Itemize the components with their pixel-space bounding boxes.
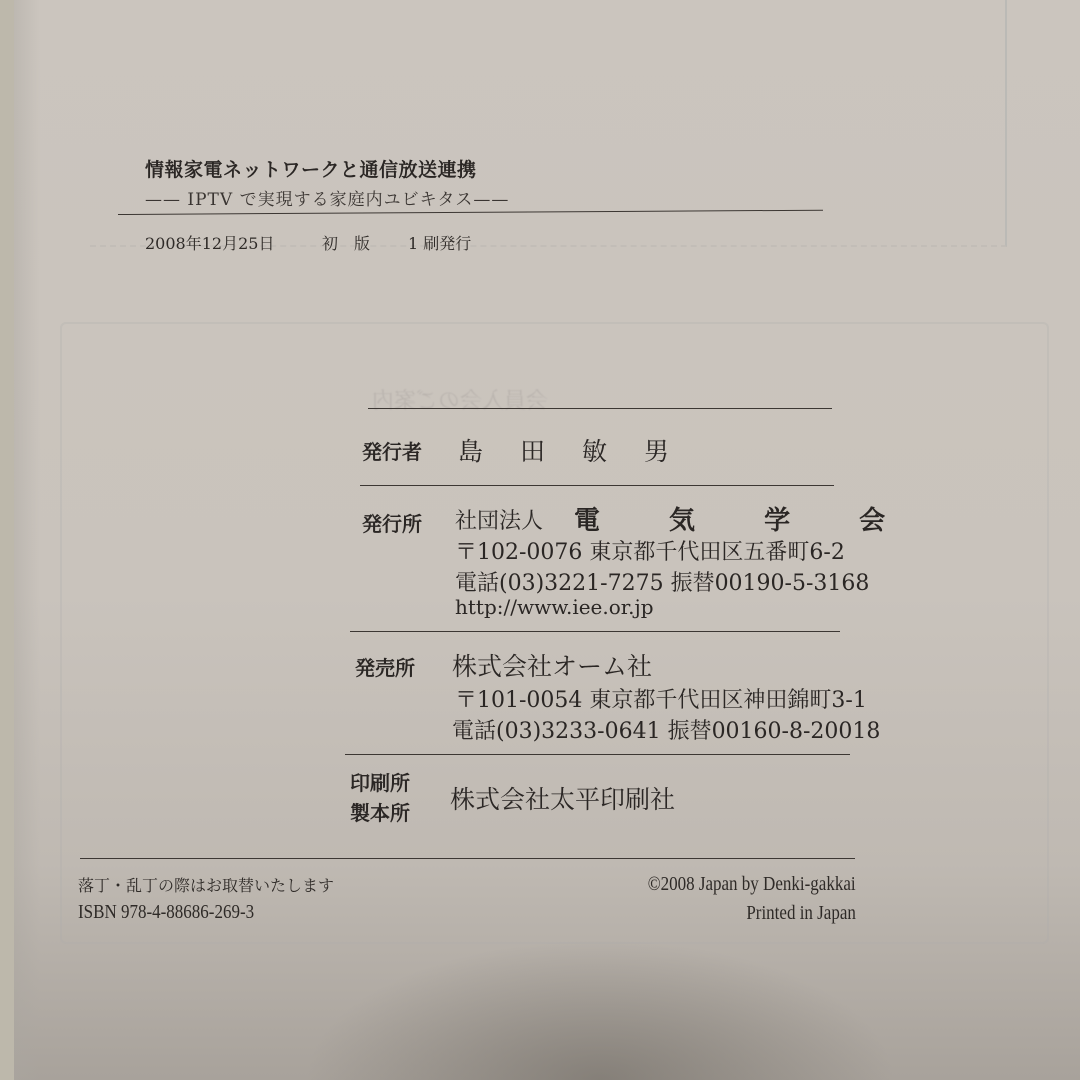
replacement-notice: 落丁・乱丁の際はお取替いたします — [78, 873, 334, 896]
distributor-phone: 電話(03)3233-0641 振替00160-8-20018 — [452, 714, 880, 745]
publisher-person-label: 発行者 — [362, 436, 422, 465]
edition-label: 初 版 — [322, 231, 370, 254]
printer-label-1: 印刷所 — [350, 767, 410, 796]
printer-label-2: 製本所 — [350, 797, 410, 826]
divider-1 — [368, 408, 832, 409]
printed-in: Printed in Japan — [746, 902, 856, 925]
book-subtitle: —— IPTV で実現する家庭内ユビキタス—— — [145, 185, 509, 210]
bleed-through-box-middle — [60, 322, 1049, 944]
publisher-org-url: http://www.iee.or.jp — [455, 595, 654, 619]
divider-2 — [360, 485, 834, 486]
printing-label: 1 刷発行 — [408, 231, 471, 254]
divider-3 — [350, 631, 840, 632]
footer-divider — [80, 858, 855, 859]
publication-date: 2008年12月25日 — [145, 231, 274, 254]
distributor-name: 株式会社オーム社 — [452, 647, 652, 683]
distributor-label: 発売所 — [355, 652, 415, 681]
isbn: ISBN 978-4-88686-269-3 — [78, 901, 254, 924]
publisher-org-phone: 電話(03)3221-7275 振替00190-5-3168 — [455, 566, 869, 597]
divider-4 — [345, 754, 850, 755]
publisher-org-label: 発行所 — [362, 508, 422, 537]
printer-name: 株式会社太平印刷社 — [450, 780, 675, 816]
publisher-org-type: 社団法人 — [455, 504, 543, 535]
publisher-person-name: 島 田 敏 男 — [458, 432, 675, 468]
distributor-address: 〒101-0054 東京都千代田区神田錦町3-1 — [455, 683, 867, 714]
bleed-through-heading: 会員入会のご案内 — [372, 384, 548, 415]
publisher-org-address: 〒102-0076 東京都千代田区五番町6-2 — [455, 535, 845, 566]
colophon-page: 会員入会のご案内 情報家電ネットワークと通信放送連携 —— IPTV で実現する… — [0, 0, 1080, 1080]
publisher-org-name: 電 気 学 会 — [574, 500, 915, 537]
copyright: ©2008 Japan by Denki-gakkai — [648, 873, 856, 896]
book-title: 情報家電ネットワークと通信放送連携 — [145, 155, 477, 182]
book-spine-edge — [0, 0, 14, 1080]
